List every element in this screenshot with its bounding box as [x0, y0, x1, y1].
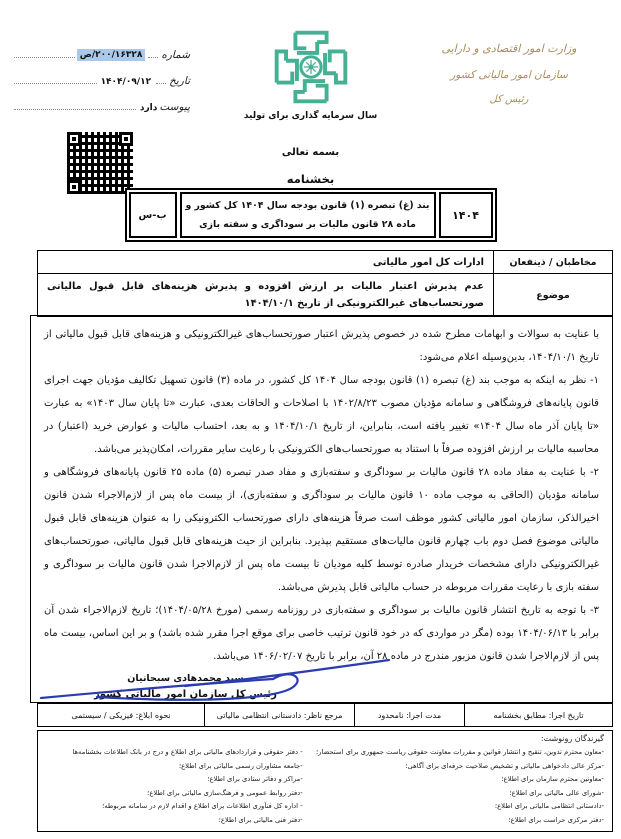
dotted-leader [14, 57, 75, 58]
copy-recipient-row: -شورای عالی مالیاتی برای اطلاع؛ -دفتر رو… [46, 787, 604, 801]
body-paragraph: ۳- با توجه به تاریخ انتشار قانون مالیات … [44, 599, 599, 668]
date-value: ۱۴۰۴/۰۹/۱۲ [99, 77, 154, 87]
copy-recipient: -دفتر روابط عمومی و فرهنگ‌سازی مالیاتی ب… [46, 787, 303, 801]
copy-recipient: - اداره کل فنآوری اطلاعات برای اطلاع و ا… [46, 800, 303, 814]
letterhead-organization: سازمان امور مالیاتی کشور [411, 62, 607, 88]
execution-info-row: تاریخ اجرا: مطابق بخشنامه مدت اجرا: نامح… [37, 703, 613, 727]
tax-administration-logo-icon [271, 28, 351, 106]
number-label: شماره [161, 49, 190, 61]
dotted-leader [148, 57, 158, 58]
document-date-row: تاریخ ۱۴۰۴/۰۹/۱۲ [12, 70, 190, 87]
attachment-label: پیوست [159, 101, 190, 113]
execution-duration-cell: مدت اجرا: نامحدود [354, 704, 464, 726]
qr-finder-icon [119, 132, 133, 146]
copy-recipients-heading: گیرندگان رونوشت: [46, 734, 604, 743]
copy-recipient-row: -مرکز عالی دادخواهی مالیاتی و تشخیص صلاح… [46, 760, 604, 774]
document-number-row: شماره ۲۰۰/۱۶۳۲۸/ص [12, 44, 190, 61]
besmellah-text: بسمه تعالی [0, 147, 621, 158]
copy-recipient: -مراکز و دفاتر ستادی برای اطلاع؛ [46, 773, 303, 787]
letterhead: وزارت امور اقتصادی و دارایی سازمان امور … [411, 36, 607, 112]
classification-subject-line2: ماده ۲۸ قانون مالیات بر سوداگری و سفته ب… [199, 215, 416, 234]
copy-recipient-row: -دفتر مرکزی حراست برای اطلاع؛ -دفتر فنی … [46, 814, 604, 828]
classification-subject-line1: بند (غ) تبصره (۱) قانون بودجه سال ۱۴۰۴ ک… [186, 196, 430, 215]
copy-recipient-row: -معاون محترم تدوین، تنقیح و انتشار قوانی… [46, 746, 604, 760]
execution-date-cell: تاریخ اجرا: مطابق بخشنامه [464, 704, 612, 726]
classification-table: ۱۴۰۴ بند (غ) تبصره (۱) قانون بودجه سال ۱… [125, 188, 497, 242]
dotted-leader [14, 109, 136, 110]
dotted-leader [156, 83, 166, 84]
classification-subject: بند (غ) تبصره (۱) قانون بودجه سال ۱۴۰۴ ک… [180, 192, 436, 238]
attachment-row: پیوست دارد [12, 96, 190, 113]
document-type-title: بخشنامه [0, 172, 621, 186]
copy-recipients-box: گیرندگان رونوشت: -معاون محترم تدوین، تنق… [37, 730, 613, 832]
body-paragraph: با عنایت به سوالات و ابهامات مطرح شده در… [44, 323, 599, 369]
subject-value: عدم پذیرش اعتبار مالیات بر ارزش افزوده و… [38, 274, 493, 316]
date-label: تاریخ [169, 75, 190, 87]
dotted-leader [14, 83, 97, 84]
body-paragraph: ۱- نظر به اینکه به موجب بند (غ) تبصره (۱… [44, 369, 599, 461]
copy-recipient-row: -دادستانی انتظامی مالیاتی برای اطلاع؛ - … [46, 800, 604, 814]
number-value: ۲۰۰/۱۶۳۲۸/ص [77, 49, 146, 61]
notification-method-cell: نحوه ابلاغ: فیزیکی / سیستمی [38, 704, 204, 726]
subject-row: موضوع عدم پذیرش اعتبار مالیات بر ارزش اف… [38, 273, 612, 316]
copy-recipient: -معاون محترم تدوین، تنقیح و انتشار قوانی… [303, 746, 604, 760]
copy-recipient: - دفتر حقوقی و قراردادهای مالیاتی برای ا… [46, 746, 303, 760]
qr-finder-icon [67, 132, 81, 146]
copy-recipient: -شورای عالی مالیاتی برای اطلاع؛ [303, 787, 604, 801]
supervising-authority-cell: مرجع ناظر: دادستانی انتظامی مالیاتی [204, 704, 354, 726]
circular-document-page: وزارت امور اقتصادی و دارایی سازمان امور … [0, 0, 621, 839]
copy-recipient: -معاونین محترم سازمان برای اطلاع؛ [303, 773, 604, 787]
audience-value: ادارات کل امور مالیاتی [38, 251, 493, 273]
letterhead-ministry: وزارت امور اقتصادی و دارایی [411, 36, 607, 62]
classification-year: ۱۴۰۴ [439, 192, 493, 238]
letterhead-office: رئیس کل [411, 88, 607, 112]
audience-label: مخاطبان / ذینفعان [493, 251, 612, 273]
signature-title: رئیس کل سازمان امور مالیاتی کشور [68, 686, 303, 703]
copy-recipient: -دادستانی انتظامی مالیاتی برای اطلاع؛ [303, 800, 604, 814]
body-paragraph: ۲- با عنایت به مفاد ماده ۲۸ قانون مالیات… [44, 461, 599, 599]
copy-recipient-row: -معاونین محترم سازمان برای اطلاع؛ -مراکز… [46, 773, 604, 787]
header-table: مخاطبان / ذینفعان ادارات کل امور مالیاتی… [37, 250, 613, 317]
subject-label: موضوع [493, 274, 612, 316]
copy-recipient: -دفتر فنی مالیاتی برای اطلاع؛ [46, 814, 303, 828]
body-box: با عنایت به سوالات و ابهامات مطرح شده در… [30, 315, 613, 703]
copy-recipient: -دفتر مرکزی حراست برای اطلاع؛ [303, 814, 604, 828]
audience-row: مخاطبان / ذینفعان ادارات کل امور مالیاتی [38, 251, 612, 273]
copy-recipient: -مرکز عالی دادخواهی مالیاتی و تشخیص صلاح… [303, 760, 604, 774]
document-meta: شماره ۲۰۰/۱۶۳۲۸/ص تاریخ ۱۴۰۴/۰۹/۱۲ پیوست… [12, 44, 190, 122]
signature-block: سید محمدهادی سبحانیان رئیس کل سازمان امو… [68, 671, 303, 703]
classification-code: ب-س [129, 192, 177, 238]
attachment-value: دارد [138, 103, 160, 113]
slogan-text: سال سرمایه گذاری برای تولید [244, 111, 377, 121]
signature-name: سید محمدهادی سبحانیان [68, 671, 303, 686]
copy-recipient: -جامعه مشاوران رسمی مالیاتی برای اطلاع؛ [46, 760, 303, 774]
